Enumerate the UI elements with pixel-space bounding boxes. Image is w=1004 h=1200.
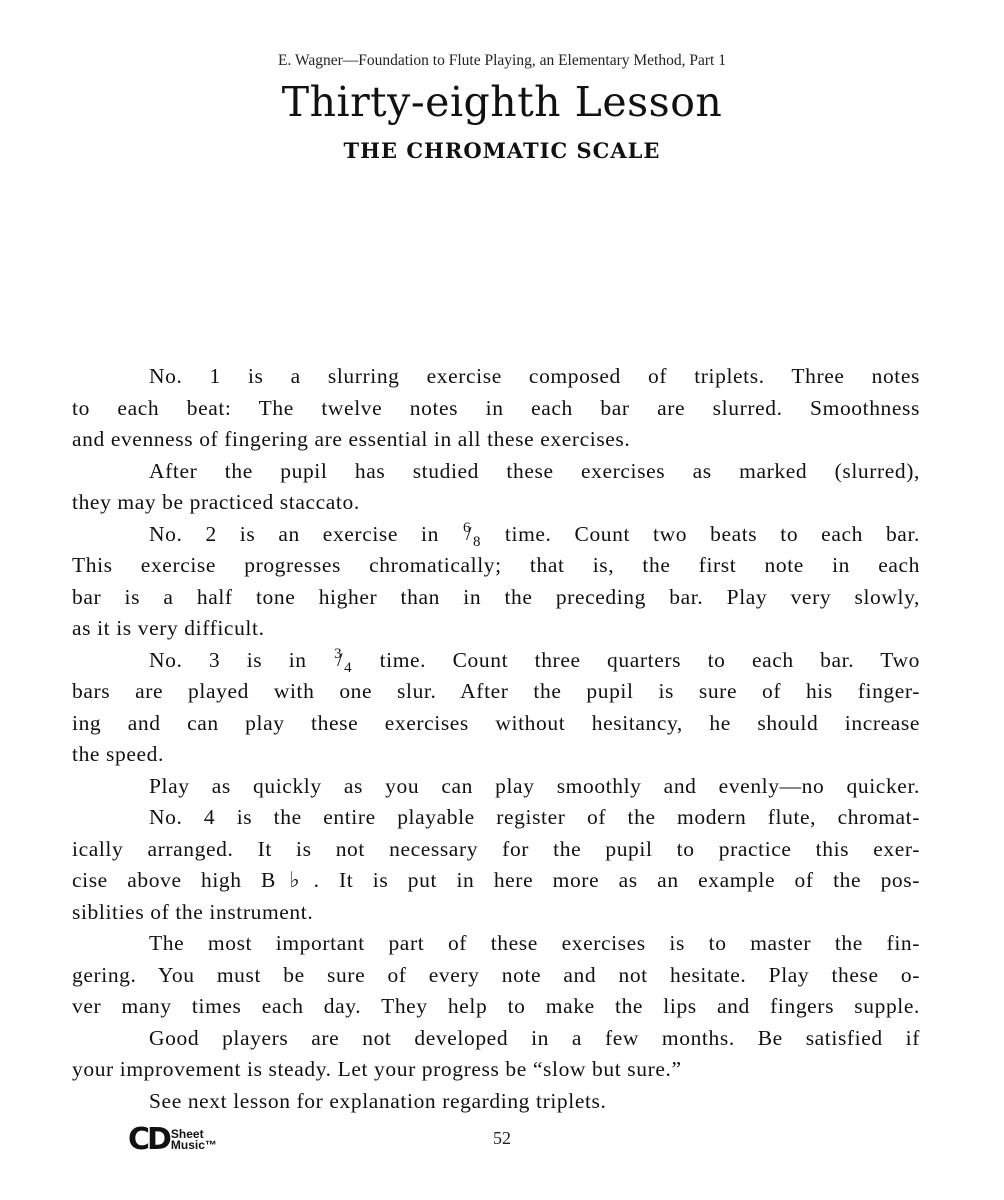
text-line: bars are played with one slur. After the… [72, 676, 920, 708]
time-signature-fraction: 6/8 [462, 523, 482, 543]
text-line: After the pupil has studied these exerci… [72, 456, 920, 488]
text-line: No. 4 is the entire playable register of… [72, 802, 920, 834]
text-line: See next lesson for explanation regardin… [72, 1086, 920, 1118]
text-line: ver many times each day. They help to ma… [72, 991, 920, 1023]
text-line: to each beat: The twelve notes in each b… [72, 393, 920, 425]
time-signature-fraction: 3/4 [333, 649, 353, 669]
text-line: siblities of the instrument. [72, 897, 920, 929]
text-line: Play as quickly as you can play smoothly… [72, 771, 920, 803]
text-line: This exercise progresses chromatically; … [72, 550, 920, 582]
page-number: 52 [0, 1128, 1004, 1149]
text-line: bar is a half tone higher than in the pr… [72, 582, 920, 614]
text-line: No. 3 is in 3/4 time. Count three quarte… [72, 645, 920, 677]
text-line: the speed. [72, 739, 920, 771]
text-line: The most important part of these exercis… [72, 928, 920, 960]
text-line: as it is very difficult. [72, 613, 920, 645]
running-header: E. Wagner—Foundation to Flute Playing, a… [0, 52, 1004, 70]
text-line: No. 2 is an exercise in 6/8 time. Count … [72, 519, 920, 551]
text-line: cise above high B♭. It is put in here mo… [72, 865, 920, 897]
text-line: and evenness of fingering are essential … [72, 424, 920, 456]
text-line: they may be practiced staccato. [72, 487, 920, 519]
text-line: ing and can play these exercises without… [72, 708, 920, 740]
text-line: your improvement is steady. Let your pro… [72, 1054, 920, 1086]
lesson-body-text: No. 1 is a slurring exercise composed of… [72, 361, 920, 1117]
text-line: No. 1 is a slurring exercise composed of… [72, 361, 920, 393]
lesson-subtitle: THE CHROMATIC SCALE [0, 138, 1004, 163]
text-line: Good players are not developed in a few … [72, 1023, 920, 1055]
text-line: gering. You must be sure of every note a… [72, 960, 920, 992]
lesson-title: Thirty-eighth Lesson [0, 78, 1004, 126]
text-line: ically arranged. It is not necessary for… [72, 834, 920, 866]
